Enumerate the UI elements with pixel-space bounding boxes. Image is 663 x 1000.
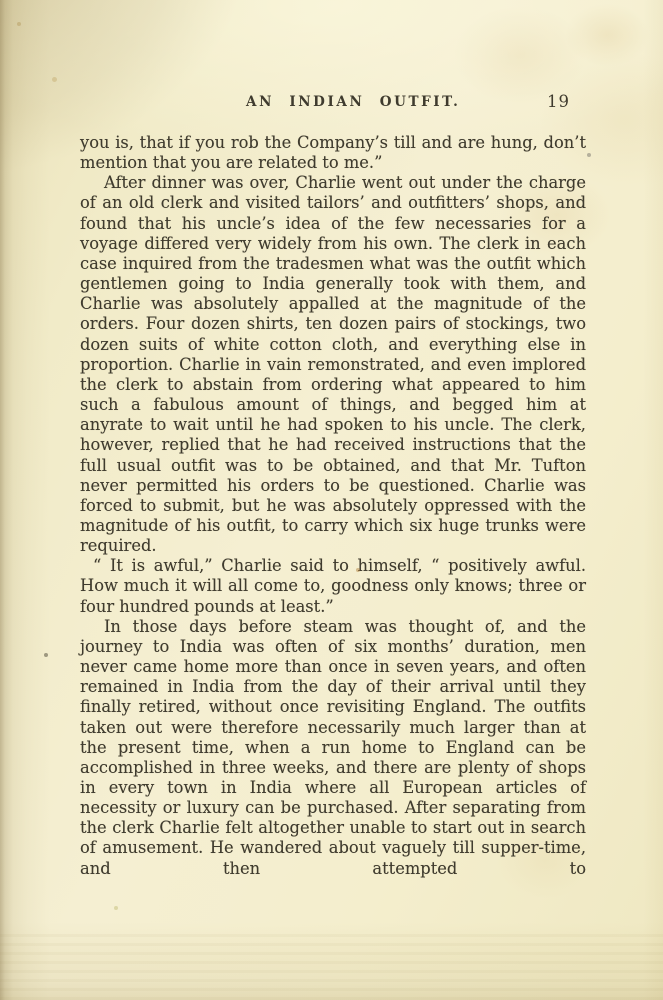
page-number: 19 <box>547 92 570 111</box>
running-header: AN INDIAN OUTFIT. 19 <box>80 94 586 116</box>
paper-bottom-shading <box>0 928 663 1000</box>
dust-speck <box>114 906 118 910</box>
dust-speck <box>587 153 591 157</box>
book-page-scan: AN INDIAN OUTFIT. 19 you is, that if you… <box>0 0 663 1000</box>
paragraph-quote: “ It is awful,” Charlie said to himself,… <box>80 556 586 616</box>
page-text: you is, that if you rob the Company’s ti… <box>80 133 586 879</box>
running-header-title: AN INDIAN OUTFIT. <box>246 94 460 110</box>
paragraph: After dinner was over, Charlie went out … <box>80 173 586 556</box>
dust-speck <box>17 22 21 26</box>
paragraph-continuation: you is, that if you rob the Company’s ti… <box>80 133 586 173</box>
dust-speck <box>44 653 48 657</box>
paragraph: In those days before steam was thought o… <box>80 617 586 879</box>
dust-speck <box>52 77 57 82</box>
